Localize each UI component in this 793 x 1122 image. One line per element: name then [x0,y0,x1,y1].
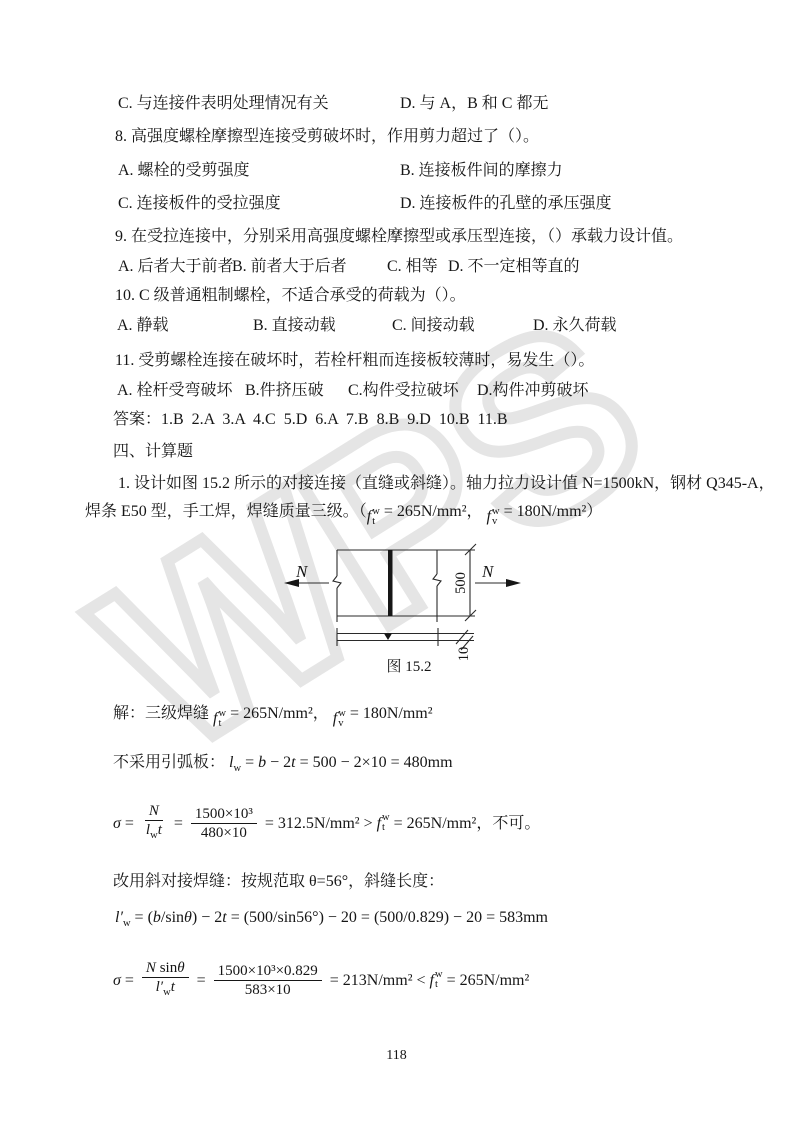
thickness-dimension-label: 10 [456,647,472,662]
solution-line-4: 改用斜对接焊缝：按规范取 θ=56°，斜缝长度： [85,871,753,895]
q7-option-d: D. 与 A，B 和 C 都无 [400,93,548,114]
question-10-options: A. 静载 B. 直接动载 C. 间接动载 D. 永久荷载 [85,315,753,339]
question-7-options-cd: C. 与连接件表明处理情况有关 D. 与 A，B 和 C 都无 [85,93,753,117]
force-label-right: N [481,562,495,581]
answers-line: 答案：1.B 2.A 3.A 4.C 5.D 6.A 7.B 8.B 9.D 1… [85,409,753,433]
q11-option-c: C.构件受拉破坏 [348,380,459,401]
q9-option-a: A. 后者大于前者 [118,256,234,277]
problem-1-line-2: 焊条 E50 型，手工焊，焊缝质量三级。（fwt = 265N/mm²， fwv… [85,500,753,524]
solution-sigma-2: σ = N sinθl′wt = 1500×10³×0.829583×10 = … [85,957,753,1003]
solution-sigma-1: σ = Nlwt = 1500×10³480×10 = 312.5N/mm² >… [85,800,753,846]
q9-option-d: D. 不一定相等直的 [448,256,580,277]
weld-symbol-icon [384,634,392,641]
q7-option-c: C. 与连接件表明处理情况有关 [118,93,329,114]
q8-option-a: A. 螺栓的受剪强度 [118,160,250,181]
q9-option-b: B. 前者大于后者 [232,256,347,277]
problem-1-line-1: 1. 设计如图 15.2 所示的对接连接（直缝或斜缝）。轴力拉力设计值 N=15… [85,473,753,497]
width-dimension-label: 500 [453,572,469,594]
weld-seam [388,550,393,616]
question-11-stem: 11. 受剪螺栓连接在破坏时，若栓杆粗而连接板较薄时，易发生（）。 [85,350,753,374]
force-label-left: N [295,562,309,581]
q10-option-a: A. 静载 [117,315,169,336]
q10-option-d: D. 永久荷载 [533,315,617,336]
q11-option-d: D.构件冲剪破坏 [477,380,589,401]
butt-weld-diagram: N N 500 10 图 15.2 [283,537,523,679]
solution-line-1: 解：三级焊缝 fwt = 265N/mm²， fwv = 180N/mm² [85,702,753,726]
q9-option-c: C. 相等 [387,256,438,277]
q10-option-c: C. 间接动载 [392,315,475,336]
question-9-options: A. 后者大于前者 B. 前者大于后者 C. 相等 D. 不一定相等直的 [85,256,753,280]
solution-line-5: l′w = (b/sinθ) − 2t = (500/sin56°) − 20 … [85,907,753,931]
q8-option-d: D. 连接板件的孔壁的承压强度 [400,193,612,214]
question-11-options: A. 栓杆受弯破坏 B.件挤压破 C.构件受拉破坏 D.构件冲剪破坏 [85,380,753,404]
figure-15-2: N N 500 10 图 15.2 [283,537,523,679]
question-8-options-cd: C. 连接板件的受拉强度 D. 连接板件的孔壁的承压强度 [85,193,753,217]
figure-caption: 图 15.2 [386,658,431,675]
question-10-stem: 10. C 级普通粗制螺栓，不适合承受的荷载为（）。 [85,285,753,309]
right-arrowhead-icon [506,579,521,587]
q8-option-c: C. 连接板件的受拉强度 [118,193,281,214]
question-9-stem: 9. 在受拉连接中，分别采用高强度螺栓摩擦型或承压型连接，（）承载力设计值。 [85,226,753,250]
section-heading: 四、计算题 [85,441,753,465]
document-page: WPS C. 与连接件表明处理情况有关 D. 与 A，B 和 C 都无 8. 高… [0,0,793,1122]
q8-option-b: B. 连接板件间的摩擦力 [400,160,563,181]
q10-option-b: B. 直接动载 [253,315,336,336]
q11-option-a: A. 栓杆受弯破坏 [117,380,233,401]
page-number: 118 [0,1048,793,1064]
question-8-stem: 8. 高强度螺栓摩擦型连接受剪破坏时，作用剪力超过了（）。 [85,126,753,150]
solution-line-2: 不采用引弧板： lw = b − 2t = 500 − 2×10 = 480mm [85,752,753,776]
q11-option-b: B.件挤压破 [245,380,324,401]
question-8-options-ab: A. 螺栓的受剪强度 B. 连接板件间的摩擦力 [85,160,753,184]
